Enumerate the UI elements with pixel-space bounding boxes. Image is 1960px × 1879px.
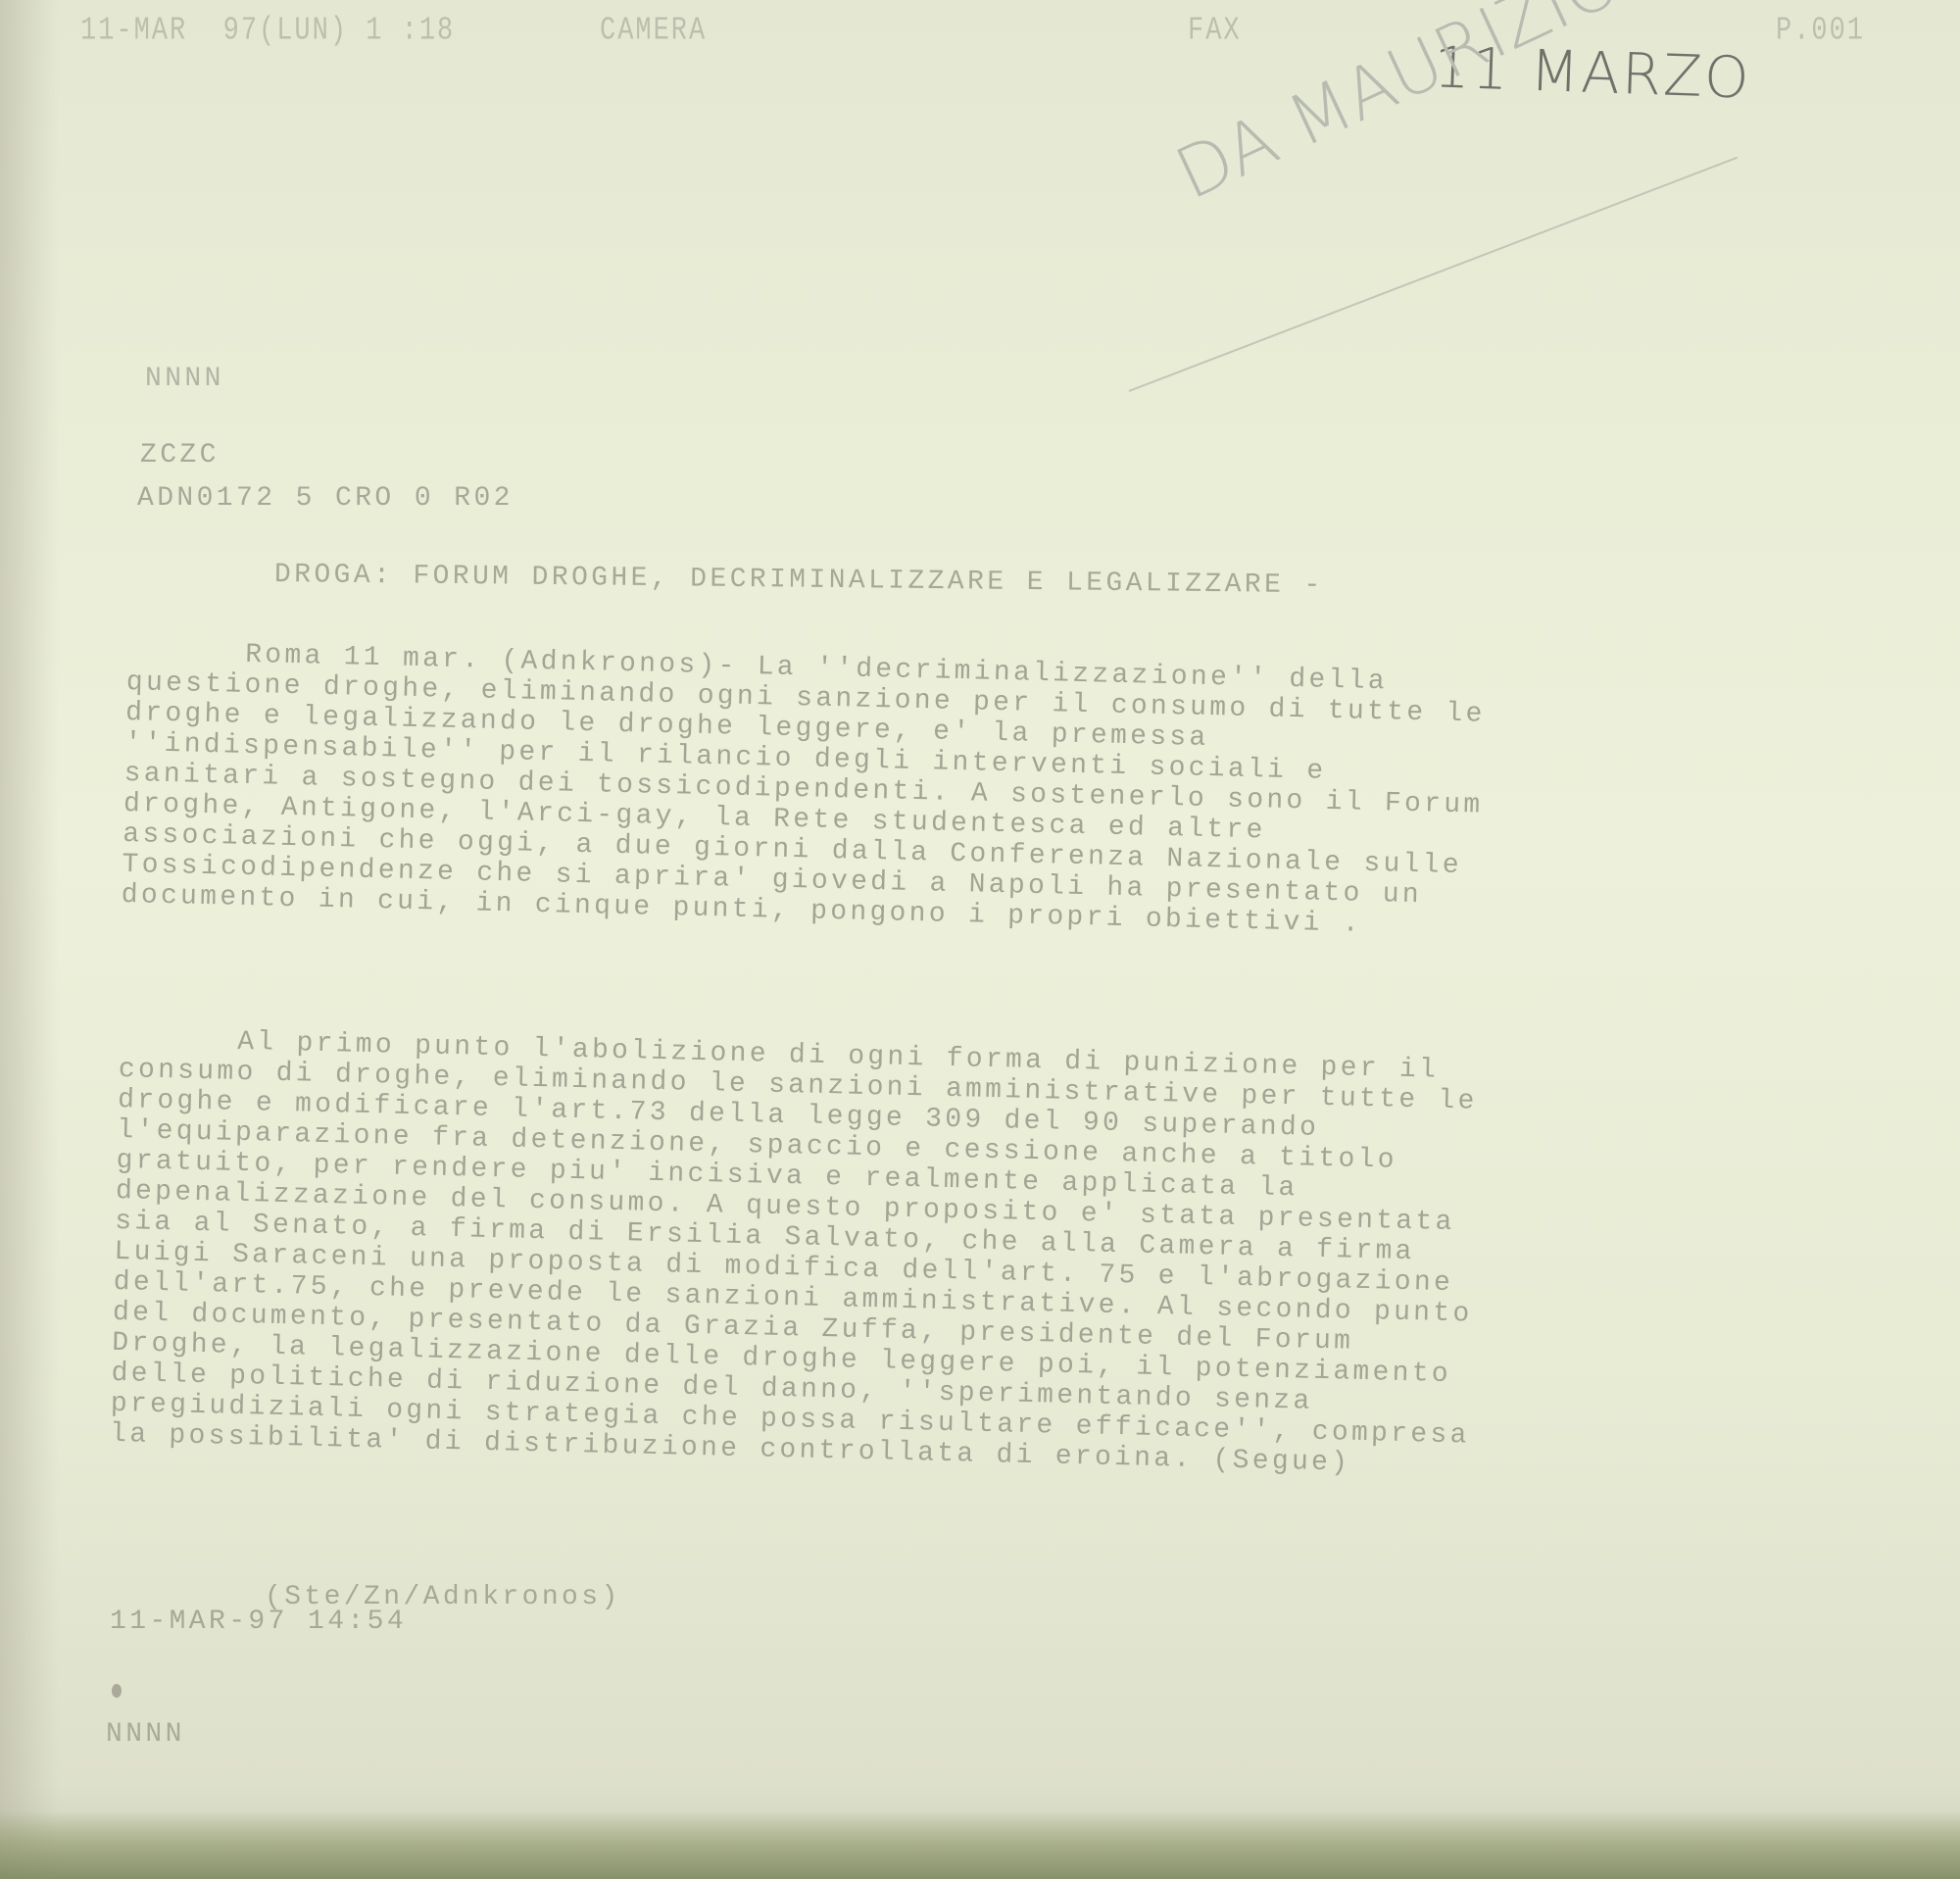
fax-header-sender: CAMERA (600, 13, 707, 50)
paragraph-2: Al primo punto l'abolizione di ogni form… (110, 1024, 1786, 1489)
page-edge-shadow (0, 0, 59, 1879)
bullet-dot-icon (112, 1684, 122, 1698)
fax-header-page: P.001 (1776, 13, 1865, 50)
wire-code: ADN0172 5 CRO 0 R02 (137, 484, 514, 513)
timestamp: 11-MAR-97 14:54 (110, 1607, 407, 1636)
paragraph-1: Roma 11 mar. (Adnkronos)- La ''decrimina… (121, 637, 1792, 950)
fax-header-fax-label: FAX (1188, 13, 1242, 50)
fax-header-datetime: 11-MAR 97(LUN) 1 :18 (80, 13, 455, 50)
start-marker: NNNN (145, 365, 224, 393)
scan-smudge-edge (0, 1810, 1960, 1879)
end-marker: NNNN (106, 1720, 185, 1749)
headline: DROGA: FORUM DROGHE, DECRIMINALIZZARE E … (274, 561, 1324, 600)
zczc-marker: ZCZC (140, 441, 220, 470)
